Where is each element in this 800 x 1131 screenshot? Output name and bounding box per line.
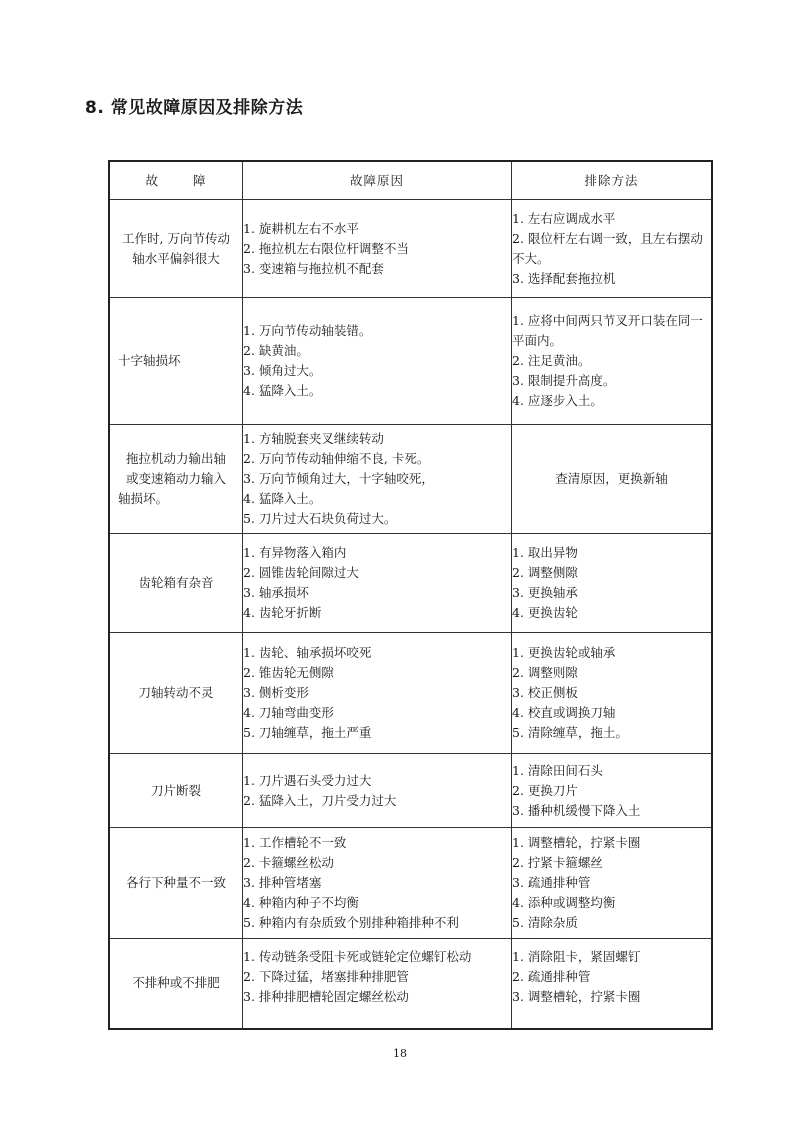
section-title: 8. 常见故障原因及排除方法: [85, 93, 303, 118]
fix-item: 1. 取出异物: [512, 543, 711, 563]
fix-item: 5. 清除缠草，拖土。: [512, 723, 711, 743]
fix-item: 1. 清除田间石头: [512, 761, 711, 781]
cause-item: 1. 旋耕机左右不水平: [243, 219, 511, 239]
cause-item: 5. 刀轴缠草，拖土严重: [243, 723, 511, 743]
cause-item: 3. 排种管堵塞: [243, 873, 511, 893]
cause-item: 4. 刀轴弯曲变形: [243, 703, 511, 723]
fault-cell: 工作时, 万向节传动 轴水平偏斜很大: [109, 200, 243, 298]
cause-item: 3. 排种排肥槽轮固定螺丝松动: [243, 987, 511, 1007]
page-number: 18: [0, 1047, 800, 1060]
fix-item: 3. 调整槽轮，拧紧卡圈: [512, 987, 711, 1007]
fault-text: 各行下种量不一致: [110, 873, 242, 893]
table-row: 工作时, 万向节传动 轴水平偏斜很大 1. 旋耕机左右不水平 2. 拖拉机左右限…: [109, 200, 712, 298]
cause-item: 3. 变速箱与拖拉机不配套: [243, 259, 511, 279]
fix-item: 4. 更换齿轮: [512, 603, 711, 623]
table-row: 拖拉机动力输出轴 或变速箱动力输入 轴损坏。 1. 方轴脱套夹叉继续转动 2. …: [109, 425, 712, 534]
fix-item: 查清原因，更换新轴: [512, 469, 711, 489]
fix-item: 2. 更换刀片: [512, 781, 711, 801]
fix-cell: 查清原因，更换新轴: [512, 425, 713, 534]
fault-text: 轴水平偏斜很大: [110, 249, 242, 269]
fix-item: 2. 调整侧隙: [512, 563, 711, 583]
table-row: 刀轴转动不灵 1. 齿轮、轴承损坏咬死 2. 锥齿轮无侧隙 3. 侧析变形 4.…: [109, 633, 712, 754]
table-row: 各行下种量不一致 1. 工作槽轮不一致 2. 卡箍螺丝松动 3. 排种管堵塞 4…: [109, 828, 712, 939]
cause-item: 5. 种箱内有杂质致个别排种箱排种不利: [243, 913, 511, 933]
fix-item: 4. 校直或调换刀轴: [512, 703, 711, 723]
fault-cell: 各行下种量不一致: [109, 828, 243, 939]
fault-cell: 刀片断裂: [109, 754, 243, 828]
header-fault: 故障: [109, 161, 243, 200]
cause-item: 3. 轴承损坏: [243, 583, 511, 603]
header-fix: 排除方法: [512, 161, 713, 200]
fault-text: 刀片断裂: [110, 781, 242, 801]
cause-item: 2. 卡箍螺丝松动: [243, 853, 511, 873]
cause-item: 4. 种箱内种子不均衡: [243, 893, 511, 913]
cause-item: 1. 方轴脱套夹叉继续转动: [243, 429, 511, 449]
fault-cell: 拖拉机动力输出轴 或变速箱动力输入 轴损坏。: [109, 425, 243, 534]
fix-item: 1. 消除阻卡，紧固螺钉: [512, 947, 711, 967]
header-fault-char-2: 障: [193, 173, 207, 188]
cause-item: 2. 拖拉机左右限位杆调整不当: [243, 239, 511, 259]
cause-cell: 1. 传动链条受阻卡死或链轮定位螺钉松动 2. 下降过猛，堵塞排种排肥管 3. …: [243, 939, 512, 1029]
cause-item: 1. 刀片遇石头受力过大: [243, 771, 511, 791]
fault-text: 工作时, 万向节传动: [110, 229, 242, 249]
table-row: 刀片断裂 1. 刀片遇石头受力过大 2. 猛降入土，刀片受力过大 1. 清除田间…: [109, 754, 712, 828]
fix-cell: 1. 取出异物 2. 调整侧隙 3. 更换轴承 4. 更换齿轮: [512, 534, 713, 633]
fix-item: 3. 校正侧板: [512, 683, 711, 703]
fault-cell: 不排种或不排肥: [109, 939, 243, 1029]
fault-text: 不排种或不排肥: [110, 973, 242, 993]
fix-cell: 1. 调整槽轮，拧紧卡圈 2. 拧紧卡箍螺丝 3. 疏通排种管 4. 添种或调整…: [512, 828, 713, 939]
fix-cell: 1. 更换齿轮或轴承 2. 调整则隙 3. 校正侧板 4. 校直或调换刀轴 5.…: [512, 633, 713, 754]
fix-item: 3. 疏通排种管: [512, 873, 711, 893]
cause-item: 3. 侧析变形: [243, 683, 511, 703]
fix-item: 4. 应逐步入土。: [512, 391, 711, 411]
cause-item: 2. 下降过猛，堵塞排种排肥管: [243, 967, 511, 987]
cause-item: 4. 猛降入土。: [243, 381, 511, 401]
cause-item: 2. 缺黄油。: [243, 341, 511, 361]
fault-cell: 齿轮箱有杂音: [109, 534, 243, 633]
cause-cell: 1. 刀片遇石头受力过大 2. 猛降入土，刀片受力过大: [243, 754, 512, 828]
header-cause: 故障原因: [243, 161, 512, 200]
cause-item: 3. 万向节倾角过大，十字轴咬死，: [243, 469, 511, 489]
header-fault-char-1: 故: [145, 173, 159, 188]
fault-text: 齿轮箱有杂音: [110, 573, 242, 593]
cause-item: 1. 工作槽轮不一致: [243, 833, 511, 853]
fault-text: 十字轴损坏: [118, 351, 242, 371]
cause-cell: 1. 工作槽轮不一致 2. 卡箍螺丝松动 3. 排种管堵塞 4. 种箱内种子不均…: [243, 828, 512, 939]
fix-cell: 1. 清除田间石头 2. 更换刀片 3. 播种机缓慢下降入土: [512, 754, 713, 828]
cause-item: 1. 传动链条受阻卡死或链轮定位螺钉松动: [243, 947, 511, 967]
cause-item: 2. 猛降入土，刀片受力过大: [243, 791, 511, 811]
fault-text: 或变速箱动力输入: [110, 469, 242, 489]
cause-cell: 1. 万向节传动轴装错。 2. 缺黄油。 3. 倾角过大。 4. 猛降入土。: [243, 298, 512, 425]
fix-item: 2. 限位杆左右调一致，且左右摆动不大。: [512, 229, 711, 269]
cause-item: 2. 万向节传动轴伸缩不良, 卡死。: [243, 449, 511, 469]
cause-item: 4. 齿轮牙折断: [243, 603, 511, 623]
fault-text: 轴损坏。: [110, 489, 242, 509]
table-header-row: 故障 故障原因 排除方法: [109, 161, 712, 200]
cause-cell: 1. 有异物落入箱内 2. 圆锥齿轮间隙过大 3. 轴承损坏 4. 齿轮牙折断: [243, 534, 512, 633]
cause-item: 1. 有异物落入箱内: [243, 543, 511, 563]
fault-text: 拖拉机动力输出轴: [110, 449, 242, 469]
fix-cell: 1. 应将中间两只节叉开口装在同一平面内。 2. 注足黄油。 3. 限制提升高度…: [512, 298, 713, 425]
cause-item: 1. 万向节传动轴装错。: [243, 321, 511, 341]
table-row: 齿轮箱有杂音 1. 有异物落入箱内 2. 圆锥齿轮间隙过大 3. 轴承损坏 4.…: [109, 534, 712, 633]
cause-item: 5. 刀片过大石块负荷过大。: [243, 509, 511, 529]
cause-item: 2. 锥齿轮无侧隙: [243, 663, 511, 683]
fix-item: 2. 拧紧卡箍螺丝: [512, 853, 711, 873]
fix-item: 1. 应将中间两只节叉开口装在同一平面内。: [512, 311, 711, 351]
fix-cell: 1. 左右应调成水平 2. 限位杆左右调一致，且左右摆动不大。 3. 选择配套拖…: [512, 200, 713, 298]
fix-item: 4. 添种或调整均衡: [512, 893, 711, 913]
cause-cell: 1. 旋耕机左右不水平 2. 拖拉机左右限位杆调整不当 3. 变速箱与拖拉机不配…: [243, 200, 512, 298]
fault-cell: 刀轴转动不灵: [109, 633, 243, 754]
fix-item: 2. 疏通排种管: [512, 967, 711, 987]
cause-cell: 1. 齿轮、轴承损坏咬死 2. 锥齿轮无侧隙 3. 侧析变形 4. 刀轴弯曲变形…: [243, 633, 512, 754]
table-row: 十字轴损坏 1. 万向节传动轴装错。 2. 缺黄油。 3. 倾角过大。 4. 猛…: [109, 298, 712, 425]
cause-cell: 1. 方轴脱套夹叉继续转动 2. 万向节传动轴伸缩不良, 卡死。 3. 万向节倾…: [243, 425, 512, 534]
fix-item: 5. 清除杂质: [512, 913, 711, 933]
fix-item: 3. 选择配套拖拉机: [512, 269, 711, 289]
fix-item: 3. 播种机缓慢下降入土: [512, 801, 711, 821]
fix-item: 2. 调整则隙: [512, 663, 711, 683]
fix-item: 1. 左右应调成水平: [512, 209, 711, 229]
cause-item: 2. 圆锥齿轮间隙过大: [243, 563, 511, 583]
fault-cell: 十字轴损坏: [109, 298, 243, 425]
fix-cell: 1. 消除阻卡，紧固螺钉 2. 疏通排种管 3. 调整槽轮，拧紧卡圈: [512, 939, 713, 1029]
fix-item: 1. 更换齿轮或轴承: [512, 643, 711, 663]
table-row: 不排种或不排肥 1. 传动链条受阻卡死或链轮定位螺钉松动 2. 下降过猛，堵塞排…: [109, 939, 712, 1029]
fix-item: 3. 限制提升高度。: [512, 371, 711, 391]
fix-item: 1. 调整槽轮，拧紧卡圈: [512, 833, 711, 853]
fault-text: 刀轴转动不灵: [110, 683, 242, 703]
cause-item: 3. 倾角过大。: [243, 361, 511, 381]
fix-item: 2. 注足黄油。: [512, 351, 711, 371]
cause-item: 1. 齿轮、轴承损坏咬死: [243, 643, 511, 663]
fault-table: 故障 故障原因 排除方法 工作时, 万向节传动 轴水平偏斜很大 1. 旋耕机左右…: [108, 160, 713, 1030]
fix-item: 3. 更换轴承: [512, 583, 711, 603]
cause-item: 4. 猛降入土。: [243, 489, 511, 509]
